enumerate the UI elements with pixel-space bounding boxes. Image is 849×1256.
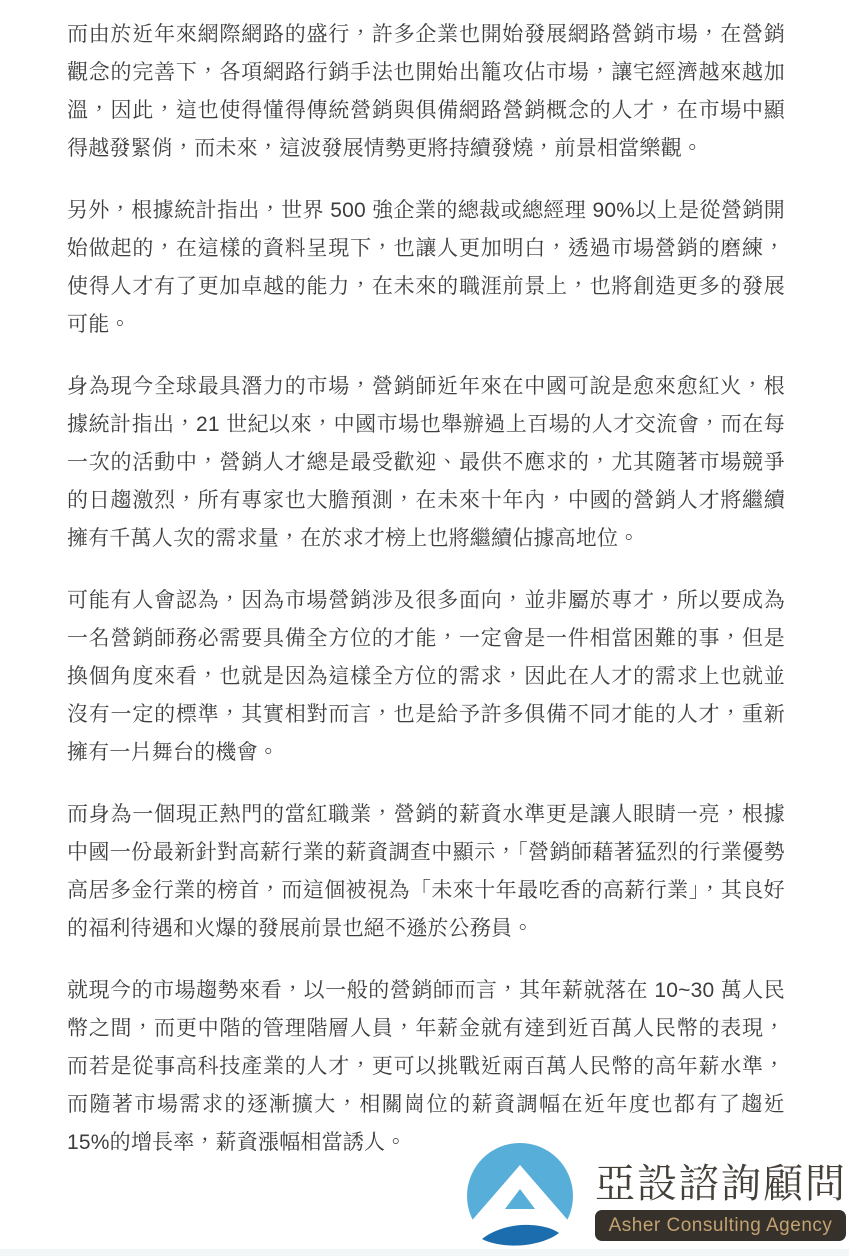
article-page: 而由於近年來網際網路的盛行，許多企業也開始發展網路營銷市場，在營銷觀念的完善下，… bbox=[0, 0, 849, 1256]
footer-strip bbox=[0, 1249, 849, 1256]
company-logo[interactable]: 亞設諮詢顧問 Asher Consulting Agency bbox=[462, 1143, 846, 1247]
company-name-chinese: 亞設諮詢顧問 bbox=[595, 1161, 846, 1207]
logo-text-block: 亞設諮詢顧問 Asher Consulting Agency bbox=[595, 1143, 846, 1241]
article-paragraph-1: 而由於近年來網際網路的盛行，許多企業也開始發展網路營銷市場，在營銷觀念的完善下，… bbox=[67, 16, 785, 168]
article-paragraph-2: 另外，根據統計指出，世界 500 強企業的總裁或總經理 90%以上是從營銷開始做… bbox=[67, 192, 785, 344]
article-paragraph-5: 而身為一個現正熱門的當紅職業，營銷的薪資水準更是讓人眼睛一亮，根據中國一份最新針… bbox=[67, 796, 785, 948]
article-paragraph-3: 身為現今全球最具潛力的市場，營銷師近年來在中國可說是愈來愈紅火，根據統計指出，2… bbox=[67, 368, 785, 558]
article-paragraph-4: 可能有人會認為，因為市場營銷涉及很多面向，並非屬於專才，所以要成為一名營銷師務必… bbox=[67, 582, 785, 772]
asher-logo-icon bbox=[462, 1143, 578, 1247]
article-paragraph-6: 就現今的市場趨勢來看，以一般的營銷師而言，其年薪就落在 10~30 萬人民幣之間… bbox=[67, 972, 785, 1162]
article-body: 而由於近年來網際網路的盛行，許多企業也開始發展網路營銷市場，在營銷觀念的完善下，… bbox=[67, 16, 785, 1186]
company-name-english-badge: Asher Consulting Agency bbox=[595, 1210, 846, 1241]
